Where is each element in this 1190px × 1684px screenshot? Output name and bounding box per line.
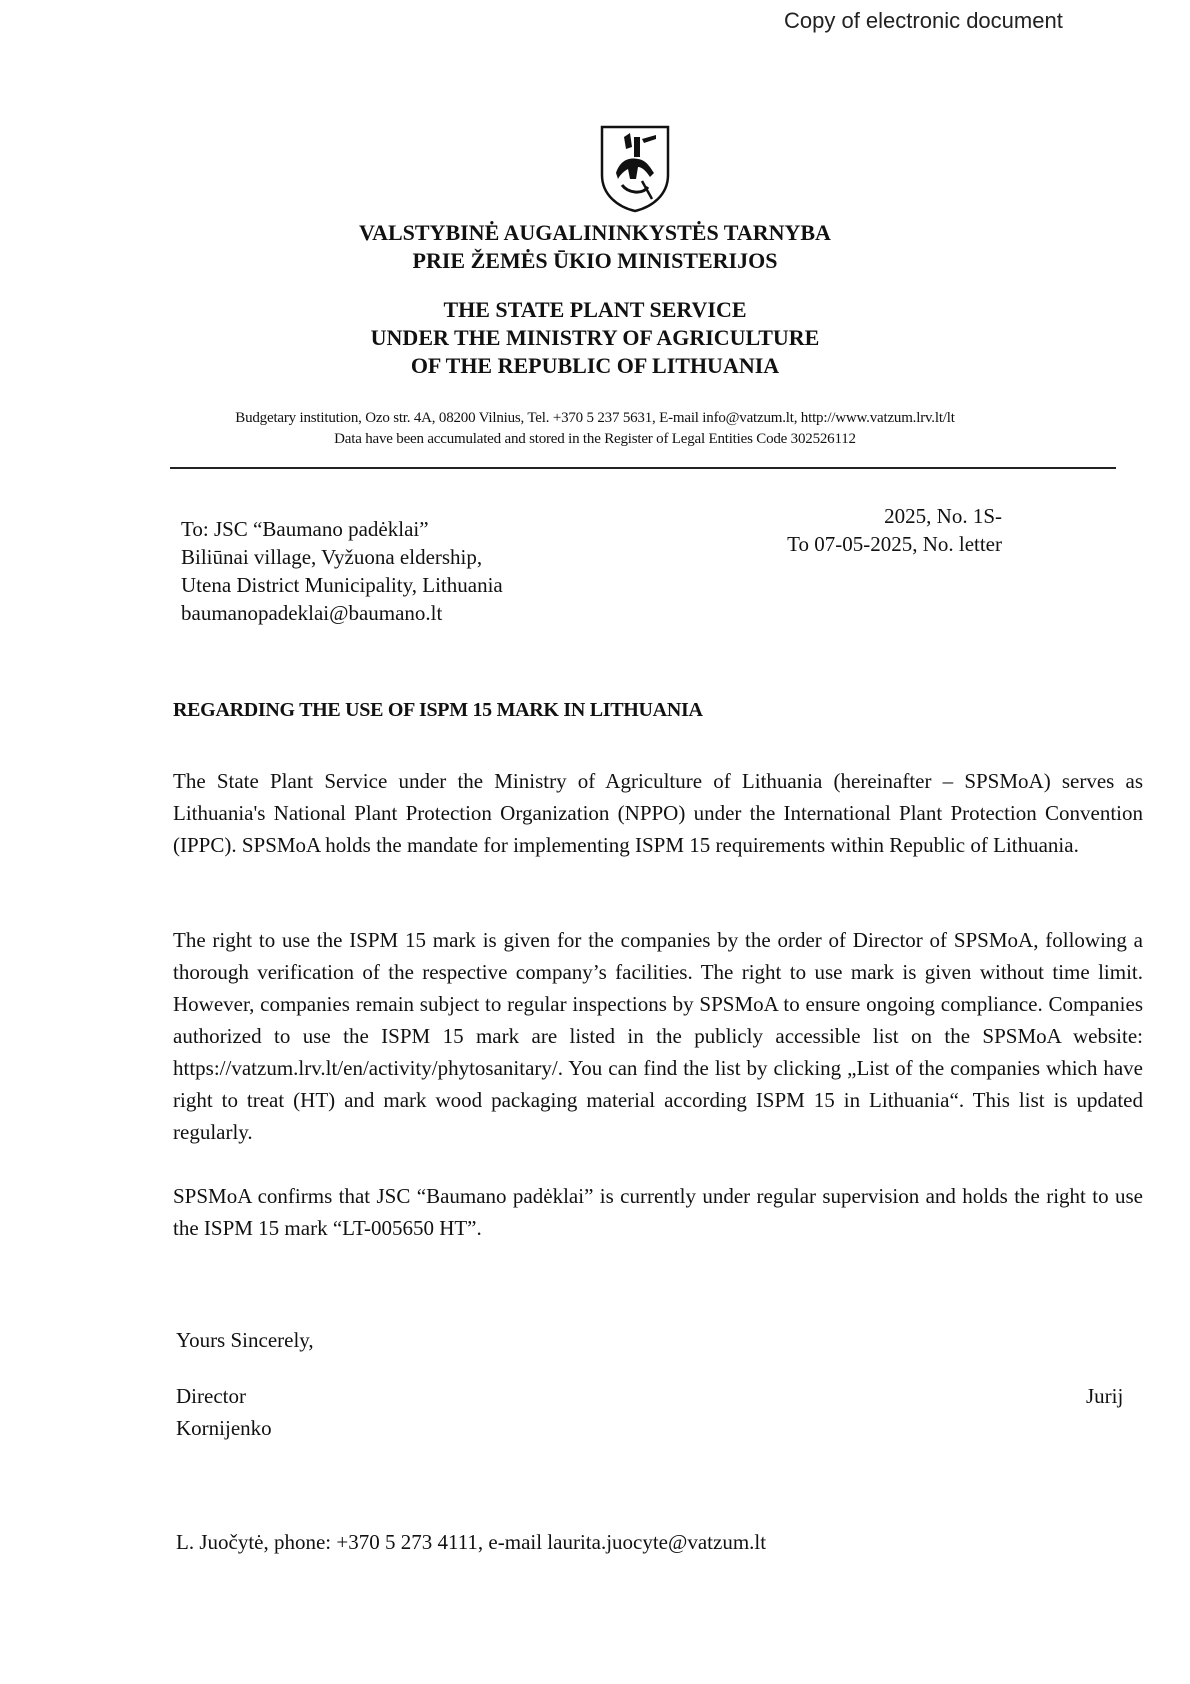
signatory-last-name: Kornijenko xyxy=(176,1416,272,1441)
recipient-block: To: JSC “Baumano padėklai” Biliūnai vill… xyxy=(181,515,503,627)
reference-number: 2025, No. 1S- xyxy=(740,502,1002,530)
agency-name-lt: VALSTYBINĖ AUGALININKYSTĖS TARNYBA PRIE … xyxy=(0,219,1190,275)
institution-address: Budgetary institution, Ozo str. 4A, 0820… xyxy=(0,408,1190,429)
agency-name-en-line: THE STATE PLANT SERVICE xyxy=(0,296,1190,324)
agency-name-lt-line: VALSTYBINĖ AUGALININKYSTĖS TARNYBA xyxy=(0,219,1190,247)
copy-label: Copy of electronic document xyxy=(784,8,1063,34)
signatory-role: Director xyxy=(176,1384,246,1409)
header-divider xyxy=(170,467,1116,469)
body-paragraph: SPSMoA confirms that JSC “Baumano padėkl… xyxy=(173,1180,1143,1244)
contact-line: L. Juočytė, phone: +370 5 273 4111, e-ma… xyxy=(176,1530,766,1555)
body-paragraph: The State Plant Service under the Minist… xyxy=(173,765,1143,861)
agency-name-lt-line: PRIE ŽEMĖS ŪKIO MINISTERIJOS xyxy=(0,247,1190,275)
signatory-first-name: Jurij xyxy=(1086,1384,1123,1409)
coat-of-arms-icon xyxy=(598,123,672,213)
recipient-line: Biliūnai village, Vyžuona eldership, xyxy=(181,543,503,571)
recipient-email: baumanopadeklai@baumano.lt xyxy=(181,599,503,627)
reference-letter: To 07-05-2025, No. letter xyxy=(740,530,1002,558)
agency-name-en-line: OF THE REPUBLIC OF LITHUANIA xyxy=(0,352,1190,380)
body-paragraph: The right to use the ISPM 15 mark is giv… xyxy=(173,924,1143,1148)
recipient-line: To: JSC “Baumano padėklai” xyxy=(181,515,503,543)
reference-block: 2025, No. 1S- To 07-05-2025, No. letter xyxy=(740,502,1002,558)
closing-salutation: Yours Sincerely, xyxy=(176,1328,314,1353)
recipient-line: Utena District Municipality, Lithuania xyxy=(181,571,503,599)
institution-register: Data have been accumulated and stored in… xyxy=(0,429,1190,450)
agency-name-en-line: UNDER THE MINISTRY OF AGRICULTURE xyxy=(0,324,1190,352)
agency-name-en: THE STATE PLANT SERVICE UNDER THE MINIST… xyxy=(0,296,1190,380)
letter-subject: REGARDING THE USE OF ISPM 15 MARK IN LIT… xyxy=(173,699,703,722)
institution-details: Budgetary institution, Ozo str. 4A, 0820… xyxy=(0,408,1190,450)
